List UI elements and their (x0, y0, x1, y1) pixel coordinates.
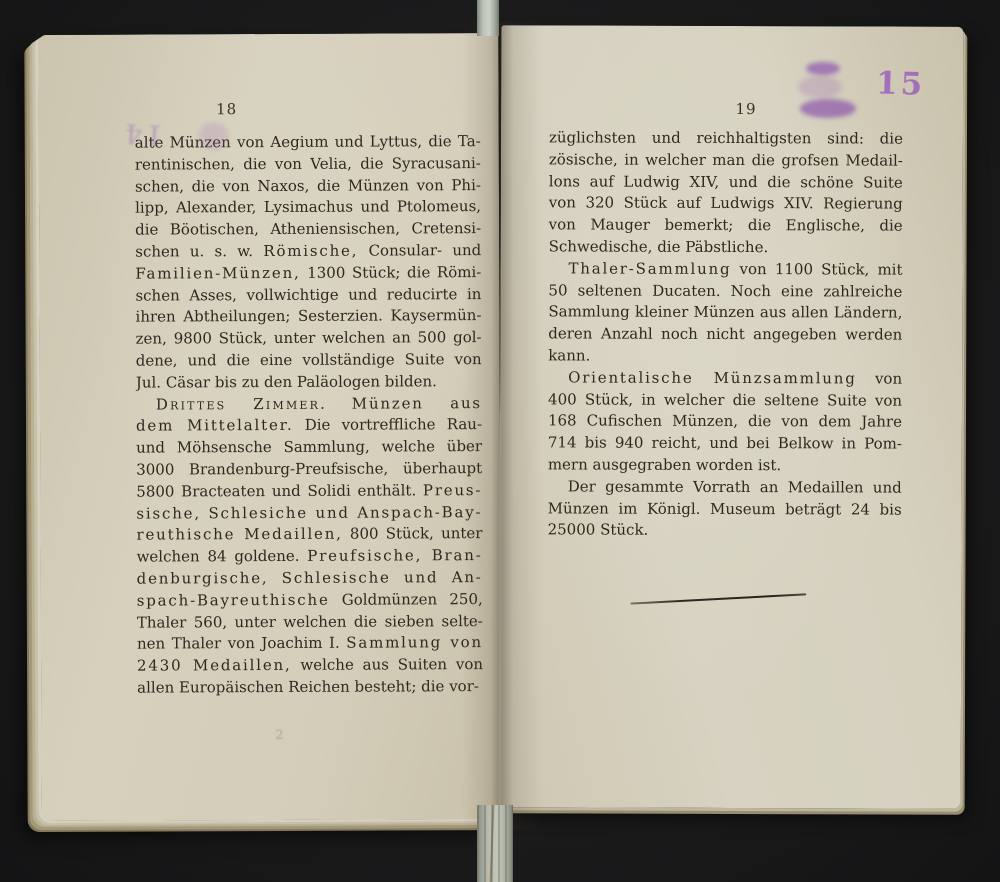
right-page-text: züglichsten und reichhaltigsten sind: di… (548, 127, 903, 542)
text-line: Familien-Münzen, 1300 Stück; die Römi- (135, 262, 481, 285)
text-line: allen Europäischen Reichen besteht; die … (137, 676, 483, 699)
text-line: Münzen im Königl. Museum beträgt 24 bis (548, 498, 902, 521)
text-line: ihren Abtheilungen; Sesterzien. Kaysermü… (135, 305, 481, 328)
text-line: sische, Schlesiche und Anspach-Bay- (136, 502, 482, 525)
left-page: 18 alte Münzen von Aegium und Lyttus, di… (38, 33, 501, 821)
stamp-smudge (800, 99, 856, 118)
text-line: welchen 84 goldene. Preufsische, Bran- (137, 545, 483, 568)
text-line: Sammlung kleiner Münzen aus allen Länder… (548, 302, 902, 325)
text-line: dem Mittelalter. Die vortreffliche Rau- (136, 414, 482, 437)
text-line: 25000 Stück. (548, 520, 902, 543)
text-line: 5800 Bracteaten und Solidi enthält. Preu… (136, 480, 482, 503)
text-line: Schwedische, die Päbstliche. (549, 236, 903, 259)
text-line: nen Thaler von Joachim I. Sammlung von (137, 632, 483, 655)
right-page: 19 züglichsten und reichhaltigsten sind:… (499, 25, 964, 809)
text-line: 168 Cufischen Münzen, die von dem Jahre (548, 411, 902, 434)
text-line: züglichsten und reichhaltigsten sind: di… (549, 127, 903, 150)
text-line: schen Asses, vollwichtige und reducirte … (135, 284, 481, 307)
text-line: 3000 Brandenburg-Preufsische, überhaupt … (136, 458, 482, 481)
text-line: deren Anzahl noch nicht angegeben werden (548, 324, 902, 347)
text-line: Thaler 560, unter welchen die sieben sel… (137, 611, 483, 634)
ink-smudge (199, 122, 229, 150)
text-line: Drittes Zimmer. Münzen aus (136, 393, 482, 416)
text-line: mern ausgegraben worden ist. (548, 454, 902, 477)
book-cradle-strap-top (477, 0, 499, 36)
text-line: spach-Bayreuthische Goldmünzen 250, (137, 589, 483, 612)
text-line: zösische, in welcher man die grofsen Med… (549, 149, 903, 172)
text-line: schen u. s. w. Römische, Consular- und (135, 240, 481, 263)
left-page-number: 18 (0, 99, 457, 119)
offset-stamp-14: 14 (120, 117, 164, 150)
text-line: Jul. Cäsar bis zu den Paläologen bilden. (136, 371, 482, 394)
text-line: Thaler-Sammlung von 1100 Stück, mit (548, 258, 902, 281)
signature-mark: 2 (275, 728, 283, 743)
text-line: schen, die von Naxos, die Münzen von Phi… (135, 175, 481, 198)
text-line: rentinischen, die von Velia, die Syracus… (135, 153, 481, 176)
text-line: Der gesammte Vorrath an Medaillen und (548, 476, 902, 499)
text-line: von 320 Stück auf Ludwigs XIV. Regierung (549, 193, 903, 216)
stamp-smudge (798, 76, 842, 98)
text-line: von Mauger bemerkt; die Englische, die (549, 215, 903, 238)
text-line: denburgische, Schlesische und An- (137, 567, 483, 590)
text-line: lons auf Ludwig XIV, und die schöne Suit… (549, 171, 903, 194)
left-page-text: alte Münzen von Aegium und Lyttus, die T… (135, 131, 483, 699)
book-cradle-strap-bottom (477, 805, 513, 882)
text-line: 714 bis 940 reicht, und bei Belkow in Po… (548, 433, 902, 456)
section-divider-rule (630, 593, 806, 605)
text-line: lipp, Alexander, Lysimachus und Ptolomeu… (135, 196, 481, 219)
text-line: und Möhsensche Sammlung, welche über (136, 436, 482, 459)
photographed-book-spread: { "colors": { "paper": "#d4cdb9", "ink":… (0, 0, 1000, 882)
text-line: Orientalische Münzsammlung von (548, 367, 902, 390)
text-line: kann. (548, 345, 902, 368)
library-stamp-15: 15 (876, 65, 926, 102)
text-line: dene, und die eine vollständige Suite vo… (136, 349, 482, 372)
text-line: reuthische Medaillen, 800 Stück, unter (136, 523, 482, 546)
text-line: 2430 Medaillen, welche aus Suiten von (137, 654, 483, 677)
text-line: zen, 9800 Stück, unter welchen an 500 go… (136, 327, 482, 350)
stamp-smudge (806, 62, 840, 75)
text-line: die Böotischen, Atheniensischen, Cretens… (135, 218, 481, 241)
text-line: 400 Stück, in welcher die seltene Suite … (548, 389, 902, 412)
text-line: 50 seltenen Ducaten. Noch eine zahlreich… (548, 280, 902, 303)
text-line: alte Münzen von Aegium und Lyttus, die T… (135, 131, 481, 154)
